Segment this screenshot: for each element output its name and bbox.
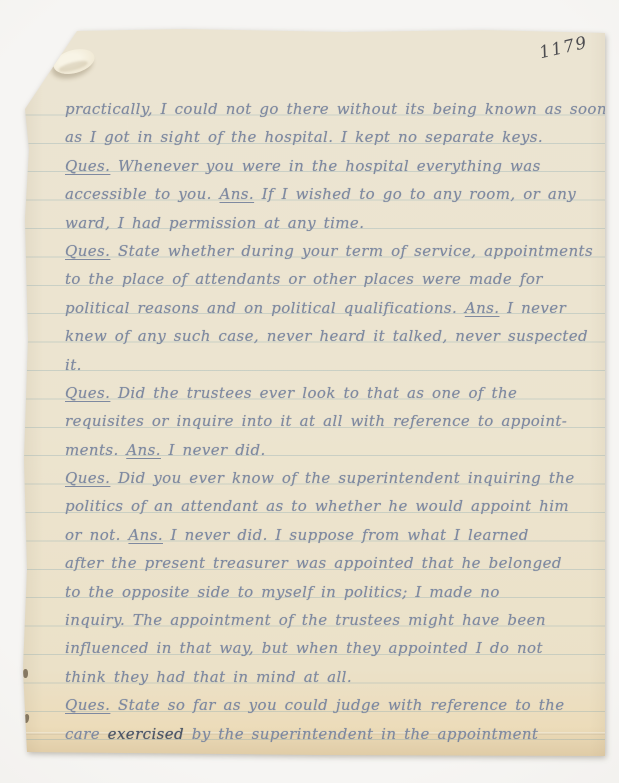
handwriting-segment: knew of any such case, never heard it ta… xyxy=(65,327,588,345)
handwriting-segment: Ques. xyxy=(65,242,110,260)
handwritten-line: to the place of attendants or other plac… xyxy=(65,265,599,293)
manuscript-page: 1179 practically, I could not go there w… xyxy=(23,29,605,756)
handwritten-line: or not. Ans. I never did. I suppose from… xyxy=(65,521,599,549)
handwriting-segment: I never xyxy=(499,299,566,317)
handwritten-line: think they had that in mind at all. xyxy=(65,663,599,691)
handwritten-line: care exercised by the superintendent in … xyxy=(65,720,599,748)
handwritten-line: ments. Ans. I never did. xyxy=(65,436,599,464)
handwriting-segment: State whether during your term of servic… xyxy=(110,242,593,260)
handwriting-segment: Did you ever know of the superintendent … xyxy=(110,469,574,487)
handwritten-line: requisites or inquire into it at all wit… xyxy=(65,407,599,435)
handwriting-segment: Did the trustees ever look to that as on… xyxy=(110,384,517,402)
handwritten-line: politics of an attendant as to whether h… xyxy=(65,492,599,520)
paper-shadow: 1179 practically, I could not go there w… xyxy=(23,29,605,756)
handwriting-segment: Ans. xyxy=(128,526,163,544)
handwriting-segment: Ques. xyxy=(65,696,110,714)
handwriting-segment: think they had that in mind at all. xyxy=(65,668,352,686)
handwritten-line: Ques. Did you ever know of the superinte… xyxy=(65,464,599,492)
handwriting-segment: by the superintendent in the appointment xyxy=(184,725,538,743)
handwritten-line: Ques. Did the trustees ever look to that… xyxy=(65,379,599,407)
handwriting-block: practically, I could not go there withou… xyxy=(65,95,599,748)
handwriting-segment: care xyxy=(65,725,108,743)
handwriting-segment: after the present treasurer was appointe… xyxy=(65,554,562,572)
handwritten-line: accessible to you. Ans. If I wished to g… xyxy=(65,180,599,208)
handwriting-segment: Ques. xyxy=(65,384,110,402)
handwriting-segment: exercised xyxy=(108,725,184,743)
handwritten-line: influenced in that way, but when they ap… xyxy=(65,634,599,662)
handwriting-segment: practically, I could not go there withou… xyxy=(65,100,607,118)
handwritten-line: knew of any such case, never heard it ta… xyxy=(65,322,599,350)
handwritten-line: Ques. State whether during your term of … xyxy=(65,237,599,265)
handwriting-segment: inquiry. The appointment of the trustees… xyxy=(65,611,546,629)
handwriting-segment: Ans. xyxy=(465,299,500,317)
handwriting-segment: to the opposite side to myself in politi… xyxy=(65,583,500,601)
handwriting-segment: ments. xyxy=(65,441,126,459)
scan-background: 1179 practically, I could not go there w… xyxy=(0,0,619,783)
handwriting-segment: it. xyxy=(65,356,82,374)
handwriting-segment: Ans. xyxy=(220,185,255,203)
page-number: 1179 xyxy=(537,33,590,64)
paper-edge-nick xyxy=(23,669,28,678)
handwritten-line: after the present treasurer was appointe… xyxy=(65,549,599,577)
handwriting-segment: politics of an attendant as to whether h… xyxy=(65,497,569,515)
handwritten-line: Ques. Whenever you were in the hospital … xyxy=(65,152,599,180)
handwriting-segment: Ans. xyxy=(126,441,161,459)
handwriting-segment: ward, I had permission at any time. xyxy=(65,214,364,232)
handwritten-line: inquiry. The appointment of the trustees… xyxy=(65,606,599,634)
handwritten-line: as I got in sight of the hospital. I kep… xyxy=(65,123,599,151)
handwritten-line: it. xyxy=(65,351,599,379)
handwriting-segment: political reasons and on political quali… xyxy=(65,299,465,317)
handwritten-line: political reasons and on political quali… xyxy=(65,294,599,322)
handwritten-line: practically, I could not go there withou… xyxy=(65,95,599,123)
handwriting-segment: as I got in sight of the hospital. I kep… xyxy=(65,128,543,146)
handwritten-line: ward, I had permission at any time. xyxy=(65,209,599,237)
handwriting-segment: influenced in that way, but when they ap… xyxy=(65,639,543,657)
paper-tear-mark xyxy=(51,45,98,78)
handwriting-segment: I never did. I suppose from what I learn… xyxy=(163,526,529,544)
handwritten-line: Ques. State so far as you could judge wi… xyxy=(65,691,599,719)
handwriting-segment: Ques. xyxy=(65,469,110,487)
handwriting-segment: or not. xyxy=(65,526,128,544)
handwriting-segment: requisites or inquire into it at all wit… xyxy=(65,412,567,430)
handwriting-segment: If I wished to go to any room, or any xyxy=(254,185,576,203)
handwriting-segment: I never did. xyxy=(161,441,266,459)
handwriting-segment: to the place of attendants or other plac… xyxy=(65,270,543,288)
handwriting-segment: accessible to you. xyxy=(65,185,220,203)
handwriting-segment: State so far as you could judge with ref… xyxy=(110,696,564,714)
handwritten-line: to the opposite side to myself in politi… xyxy=(65,578,599,606)
handwriting-segment: Ques. xyxy=(65,157,110,175)
handwriting-segment: Whenever you were in the hospital everyt… xyxy=(110,157,540,175)
